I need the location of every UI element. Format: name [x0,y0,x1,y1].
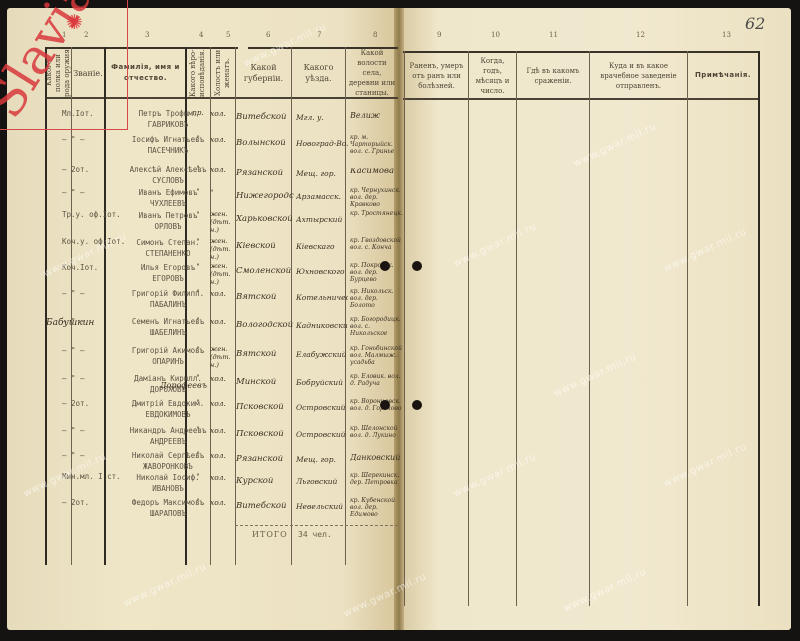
header-bottom-border [403,98,759,100]
gubernia: Вологодской [236,320,294,331]
column-divider [404,51,405,606]
faith: " [186,425,210,436]
gubernia: Курской [236,476,294,487]
gubernia: Кіевской [236,241,294,252]
column-number: 8 [373,31,377,39]
volost: кр. Шерекинск. дер. Петровка [350,472,404,486]
volost: кр. Кубенской вол. дер. Едимово [350,497,404,518]
column-number: 11 [549,31,558,39]
volost: кр. Тростянецк. [350,210,404,217]
gubernia: Нижегородской [236,191,294,202]
rank: – " – [62,373,106,384]
volost: Касимова [350,168,404,175]
faith: " [186,187,210,198]
marital-status: " [210,187,236,198]
marital-status: жен. (дѣт. н.) [210,345,236,369]
header-col10: Когда, годъ, мѣсяцъ и число. [469,53,516,98]
total-value: 34 чел. [298,530,332,539]
table-row: Тр.у. оф.Іот. Иванъ ПетровъОРЛОВЪ " жен.… [60,210,400,235]
marital-status: жен. (дѣт. н.) [210,262,236,286]
table-row: – " – Иванъ ЕфимовъЧУХЛЕЕВЪ " " Нижегоро… [60,187,400,212]
volost: кр. Чернухинск. вол. дер. Кравково [350,187,404,208]
table-row: – " – Григорій АкимовъОПАРИНЪ " жен. (дѣ… [60,345,400,370]
volost: кр. Богородицк. вол. с. Никольское [350,316,404,337]
volost: кр. Гвоздовской вол. с. Конча [350,237,404,251]
table-row: – 2от. Дмитрій Евдоким.ЕВДОКИМОВЪ " хол.… [60,398,400,423]
uezd: Мещ. гор. [296,168,348,179]
faith: " [186,450,210,461]
volost: кр. м. Чарторыйск. вол. с. Гринье [350,134,404,155]
uezd: Островский [296,402,348,413]
volost: кр. Никольск. вол. дер. Болото [350,288,404,309]
header-col4: Какого вѣро-исповѣданія. [186,49,210,97]
rank: – " – [62,425,106,436]
rank: – " – [62,134,106,145]
page-number: 62 [745,14,765,33]
marital-status: жен. (дѣт. н.) [210,210,236,234]
gubernia: Вятской [236,292,294,303]
uezd: Кіевскаго [296,241,348,252]
faith: " [186,288,210,299]
header-col7: Какого уѣзда. [292,49,345,97]
column-number: 4 [199,31,203,39]
marital-status: хол. [210,497,236,508]
volost: кр. Покровск. вол. дер. Бурцево [350,262,404,283]
gubernia: Витебской [236,501,294,512]
volost: Велиж [350,112,404,119]
volost: кр. Шелонской вол. д. Лукино [350,425,404,439]
marital-status: хол. [210,398,236,409]
header-col8: Какой волости села, деревни или станицы. [346,49,398,97]
uezd: Бобруйский [296,377,348,388]
punch-hole [380,400,390,410]
column-divider [589,51,590,606]
marital-status: хол. [210,472,236,483]
uezd: Льговский [296,476,348,487]
faith: " [186,497,210,508]
header-col9: Раненъ, умеръ отъ ранъ или болѣзней. [405,53,468,98]
uezd: Невельский [296,501,348,512]
rank: – " – [62,345,106,356]
table-border [758,51,760,606]
volost: Данковский [350,454,404,461]
gubernia: Рязанской [236,168,294,179]
faith: " [186,262,210,273]
uezd: Арзамасск. [296,191,348,202]
marital-status: хол. [210,288,236,299]
gubernia: Витебской [236,112,294,123]
uezd: Новоград-Волынск. [296,138,348,149]
faith: " [186,316,210,327]
faith: " [186,210,210,221]
right-page [399,8,791,630]
uezd: Мещ. гор. [296,454,348,465]
column-number: 13 [722,31,731,39]
marital-status: жен. (дѣт. н.) [210,237,236,261]
uezd: Котельнического [296,292,348,303]
column-divider [687,51,688,606]
table-row: Мин.мл. І ст. Николай Іосиф.ИВАНОВЪ " хо… [60,472,400,497]
faith: " [186,237,210,248]
uezd: Елабужский [296,349,348,360]
faith: пр. [186,108,210,119]
column-divider [468,51,469,606]
uezd: Островский [296,429,348,440]
table-row: – 2от. Федоръ МаксимовъШАРАПОВЪ " хол. В… [60,497,400,522]
table-row: – " – Даміанъ Кирилл.ДОРОХОВЪ " хол. Мин… [60,373,400,398]
rank: – " – [62,288,106,299]
gubernia: Псковской [236,402,294,413]
table-row: – " – Семенъ ИгнатьевъШАБЕЛИНЪ " хол. Во… [60,316,400,341]
table-row: – " – Іосифъ ИгнатьевъПАСЕЧНИКЪ " хол. В… [60,134,400,159]
gubernia: Рязанской [236,454,294,465]
header-col12: Куда и въ какое врачебное заведеніе отпр… [590,53,687,98]
punch-hole [412,400,422,410]
uezd: Ахтырский [296,214,348,225]
margin-note: Бабушкин [46,318,94,328]
faith: " [186,134,210,145]
gubernia: Харьковской [236,214,294,225]
gubernia: Волынской [236,138,294,149]
faith: " [186,398,210,409]
gubernia: Смоленской [236,266,294,277]
gubernia: Псковской [236,429,294,440]
header-col13: Примѣчанія. [688,53,758,98]
rank: Тр.у. оф.Іот. [62,210,106,219]
rank: – " – [62,187,106,198]
table-row: – " – Григорій Филипп.ПАБАЛИНЪ " хол. Вя… [60,288,400,313]
marital-status: хол. [210,108,236,119]
column-number: 9 [437,31,441,39]
header-col5: Холостъ или женатъ. [211,49,235,97]
marital-status: хол. [210,316,236,327]
rank: – 2от. [62,164,106,175]
surname-correction-note: Дорофеевъ [160,381,207,390]
marital-status: хол. [210,373,236,384]
faith: " [186,164,210,175]
faith: " [186,345,210,356]
gubernia: Вятской [236,349,294,360]
faith: " [186,472,210,483]
rank: – 2от. [62,497,106,508]
uezd: Юхновского [296,266,348,277]
rank: – 2от. [62,398,106,409]
total-label: ИТОГО [252,530,288,539]
table-row: – 2от. Алексѣй АлексѣевъСУСЛОВЪ " хол. Р… [60,164,400,189]
uezd: Мгл. у. [296,112,348,123]
volost: кр. Гоньбинской вол. Малмыж. усадьба [350,345,404,366]
marital-status: хол. [210,164,236,175]
column-divider [516,51,517,606]
marital-status: хол. [210,134,236,145]
column-number: 12 [636,31,645,39]
column-number: 5 [226,31,230,39]
uezd: Кадниковский [296,320,348,331]
column-number: 3 [145,31,149,39]
gubernia: Минской [236,377,294,388]
table-row: – " – Никандръ АндреевъАНДРЕЕВЪ " хол. П… [60,425,400,450]
marital-status: хол. [210,425,236,436]
volost: кр. Воронцовск. вол. д. Горохово [350,398,404,412]
table-row: Коч.Іот. Илья ЕгоровъЕГОРОВЪ " жен. (дѣт… [60,262,400,287]
volost: кр. Еловик. вол. д. Радуча [350,373,404,387]
marital-status: хол. [210,450,236,461]
punch-hole [412,261,422,271]
column-number: 10 [491,31,500,39]
punch-hole [380,261,390,271]
column-number: 6 [266,31,270,39]
header-col11: Гдѣ въ какомъ сраженіи. [517,53,589,98]
